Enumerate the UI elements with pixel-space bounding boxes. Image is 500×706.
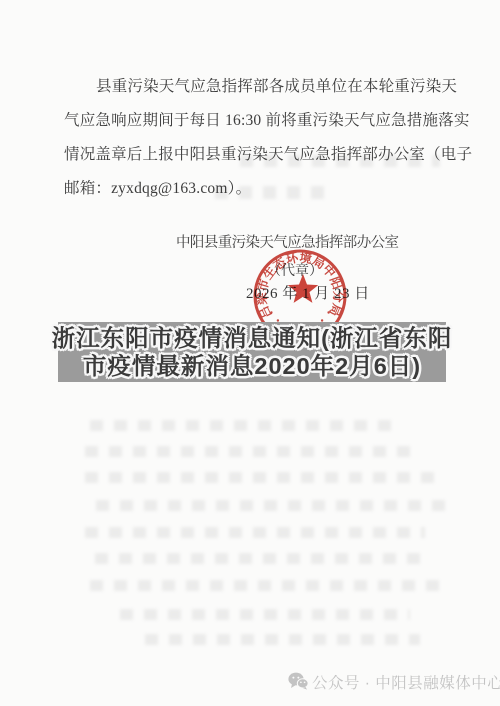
wechat-icon (288, 672, 309, 690)
headline-line-1: 浙江东阳市疫情消息通知(浙江省东阳 (52, 324, 453, 352)
paragraph-line: 邮箱：zyxdqg@163.com）。 (64, 176, 304, 198)
headline-band: 浙江东阳市疫情消息通知(浙江省东阳 市疫情最新消息2020年2月6日) (58, 322, 446, 382)
page-bleedthrough-artifact (85, 527, 425, 538)
page-bleedthrough-artifact (85, 446, 420, 457)
paragraph-line: 气应急响应期间于每日 16:30 前将重污染天气应急措施落实 (64, 108, 430, 130)
document-photo: 县重污染天气应急指挥部各成员单位在本轮重污染天 气应急响应期间于每日 16:30… (0, 0, 500, 706)
watermark-text: 公众号 · 中阳县融媒体中心 (312, 671, 500, 693)
headline-line-2: 市疫情最新消息2020年2月6日) (83, 352, 421, 380)
page-bleedthrough-artifact (95, 553, 430, 564)
page-bleedthrough-artifact (85, 472, 445, 483)
paragraph-line: 县重污染天气应急指挥部各成员单位在本轮重污染天 (96, 74, 430, 96)
page-bleedthrough-artifact (96, 500, 450, 511)
paragraph-line: 情况盖章后上报中阳县重污染天气应急指挥部办公室（电子 (64, 142, 430, 164)
footer-watermark: 公众号 · 中阳县融媒体中心 (0, 669, 500, 693)
page-bleedthrough-artifact (120, 609, 410, 620)
page-bleedthrough-artifact (90, 420, 395, 431)
page-bleedthrough-artifact (90, 580, 440, 591)
page-bleedthrough-artifact (145, 634, 420, 645)
red-star-icon (288, 274, 318, 303)
